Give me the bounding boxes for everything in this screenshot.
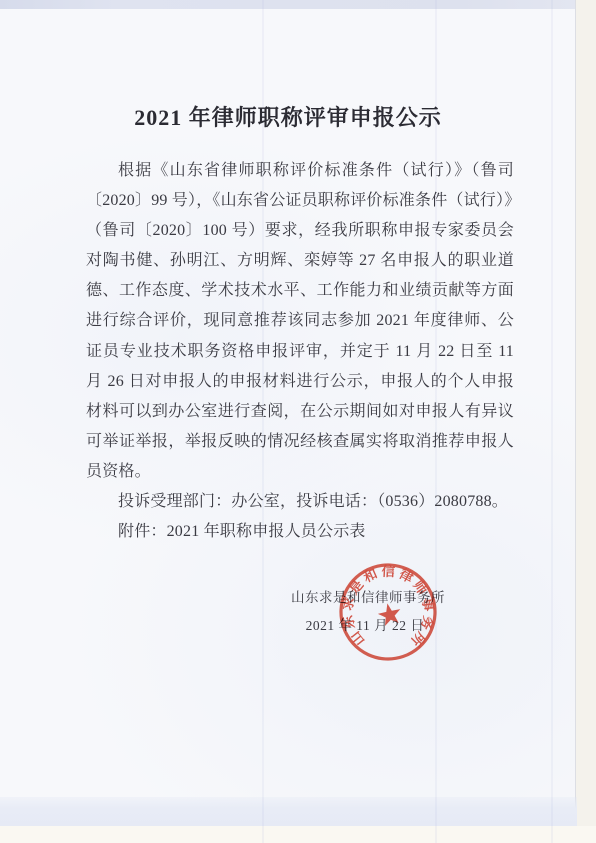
document-title: 2021 年律师职称评审申报公示	[0, 101, 576, 132]
body-line: 〔2020〕99 号），《山东省公证员职称评价标准条件（试行）》	[86, 186, 514, 216]
scan-edge-bottom	[0, 826, 596, 843]
body-line: 可举证举报，举报反映的情况经核查属实将取消推荐申报人	[86, 427, 514, 457]
star-icon	[377, 603, 400, 627]
body-line: 根据《山东省律师职称评价标准条件（试行）》（鲁司	[86, 156, 514, 186]
body-line: （鲁司〔2020〕100 号）要求，经我所职称申报专家委员会	[86, 216, 514, 246]
body-line: 材料可以到办公室进行查阅，在公示期间如对申报人有异议	[86, 397, 514, 427]
scan-edge-top	[0, 0, 577, 9]
scan-edge-right	[575, 0, 596, 843]
scanned-document-page: 2021 年律师职称评审申报公示 根据《山东省律师职称评价标准条件（试行）》（鲁…	[0, 0, 596, 843]
body-line: 对陶书健、孙明江、方明辉、栾婷等 27 名申报人的职业道	[86, 246, 514, 276]
official-seal-stamp: 山东求是和信律师事务所	[333, 557, 442, 666]
body-line: 德、工作态度、学术技术水平、工作能力和业绩贡献等方面	[86, 276, 514, 306]
body-line: 员资格。	[86, 457, 514, 487]
body-line: 月 26 日对申报人的申报材料进行公示，申报人的个人申报	[86, 367, 514, 397]
attachment-line: 附件：2021 年职称申报人员公示表	[86, 517, 514, 547]
complaint-contact-line: 投诉受理部门：办公室，投诉电话：（0536）2080788。	[86, 487, 514, 517]
scan-edge-bottom-band	[0, 797, 577, 826]
body-line: 进行综合评价，现同意推荐该同志参加 2021 年度律师、公	[86, 306, 514, 336]
document-body: 根据《山东省律师职称评价标准条件（试行）》（鲁司 〔2020〕99 号），《山东…	[86, 156, 514, 547]
body-line: 证员专业技术职务资格申报评审，并定于 11 月 22 日至 11	[86, 337, 514, 367]
